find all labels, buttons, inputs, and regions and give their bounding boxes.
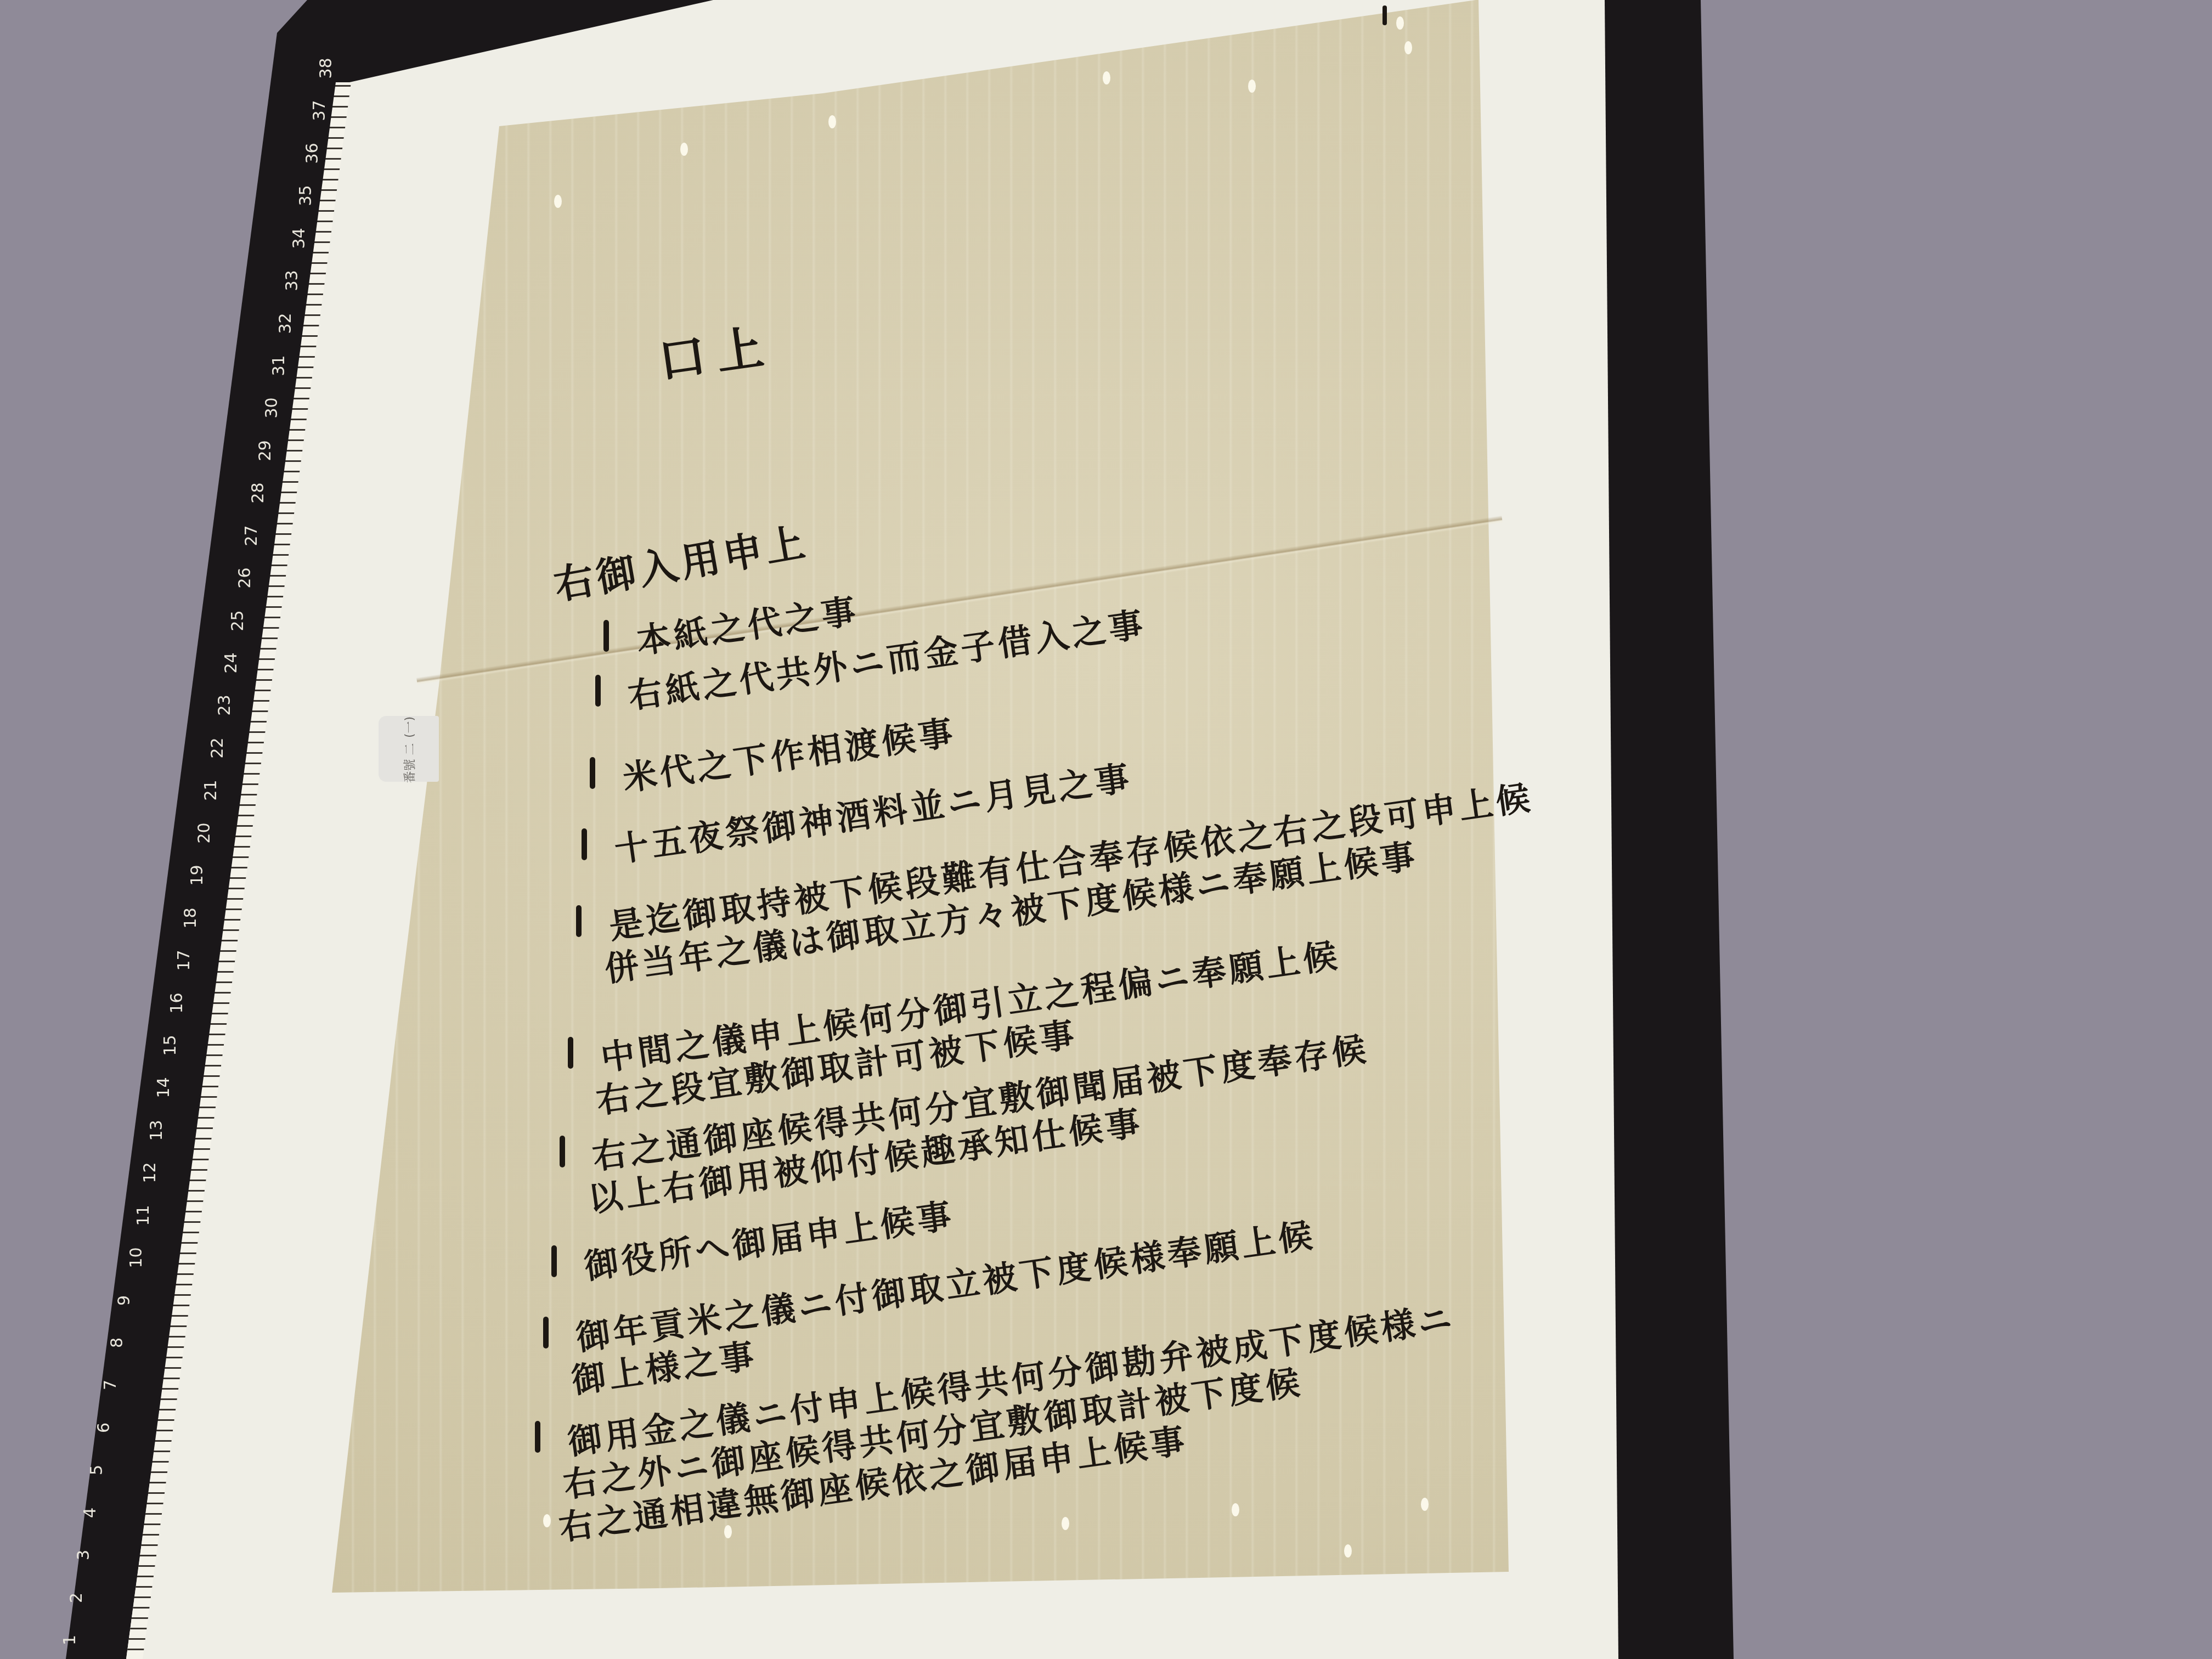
ruler-label: 15 xyxy=(161,1035,180,1056)
paper-hole xyxy=(1232,1503,1239,1516)
paper-hole xyxy=(543,1514,551,1527)
paper-hole xyxy=(554,195,562,208)
catalog-tag: (一) 二 番號 xyxy=(379,716,439,782)
ink-mark xyxy=(1383,5,1387,25)
ruler-label: 1 xyxy=(60,1635,80,1645)
ruler-label: 12 xyxy=(140,1163,159,1183)
ruler-label: 4 xyxy=(81,1508,100,1518)
paper-hole xyxy=(1396,16,1404,30)
ruler-label: 2 xyxy=(67,1593,86,1603)
ruler-label: 3 xyxy=(74,1550,93,1560)
ruler-label: 28 xyxy=(249,483,268,504)
ruler-label: 35 xyxy=(296,185,315,206)
tag-line-1: (一) xyxy=(400,716,417,737)
ruler-label: 14 xyxy=(154,1077,173,1098)
ruler-label: 5 xyxy=(87,1465,106,1475)
ruler-label: 19 xyxy=(188,865,207,886)
ruler-label: 27 xyxy=(242,525,261,546)
ruler-label: 31 xyxy=(269,355,288,376)
item-bullet xyxy=(595,675,601,707)
item-bullet xyxy=(568,1037,573,1069)
ruler-label: 23 xyxy=(215,695,234,716)
paper-hole xyxy=(1103,71,1110,84)
paper-hole xyxy=(1421,1498,1429,1511)
paper-hole xyxy=(1248,80,1256,93)
ruler-label: 26 xyxy=(235,568,254,589)
ruler-label: 18 xyxy=(181,907,200,928)
item-bullet xyxy=(551,1245,557,1277)
ruler-label: 32 xyxy=(275,313,295,334)
item-bullet xyxy=(582,828,587,860)
paper-hole xyxy=(1062,1517,1069,1530)
ruler-label: 17 xyxy=(174,950,193,970)
paper-hole xyxy=(828,115,836,128)
paper-hole xyxy=(1404,41,1412,54)
ruler-label: 16 xyxy=(167,992,187,1013)
item-bullet xyxy=(535,1421,540,1453)
ruler-label: 13 xyxy=(147,1120,166,1141)
item-bullet xyxy=(590,757,595,789)
item-bullet xyxy=(560,1136,565,1167)
paper-hole xyxy=(680,143,688,156)
item-bullet xyxy=(576,905,582,937)
ruler-label: 38 xyxy=(317,58,336,78)
ruler-label: 20 xyxy=(194,822,213,843)
ruler-label: 33 xyxy=(283,270,302,291)
ruler-label: 11 xyxy=(133,1205,153,1226)
item-bullet xyxy=(543,1317,549,1348)
ruler-label: 29 xyxy=(255,440,274,461)
photo-scene: 1234567891011121314151617181920212223242… xyxy=(0,0,2212,1659)
ruler-label: 34 xyxy=(289,228,308,249)
ruler-label: 25 xyxy=(228,610,247,631)
ruler-label: 6 xyxy=(94,1423,114,1433)
paper-hole xyxy=(1344,1544,1352,1558)
tag-line-3: 番號 xyxy=(400,759,417,783)
ruler-label: 36 xyxy=(303,143,322,163)
paper-hole xyxy=(724,1525,732,1538)
ruler-label: 9 xyxy=(115,1295,134,1305)
ruler-label: 30 xyxy=(262,398,281,419)
ruler-label: 21 xyxy=(201,780,221,801)
item-bullet xyxy=(603,620,609,652)
ruler-label: 37 xyxy=(309,100,329,121)
ruler-label: 24 xyxy=(222,652,241,673)
ruler-label: 7 xyxy=(101,1380,120,1390)
ruler-label: 10 xyxy=(127,1248,146,1268)
tag-line-2: 二 xyxy=(400,743,417,755)
ruler-label: 22 xyxy=(208,737,227,758)
ruler-label: 8 xyxy=(108,1338,127,1348)
